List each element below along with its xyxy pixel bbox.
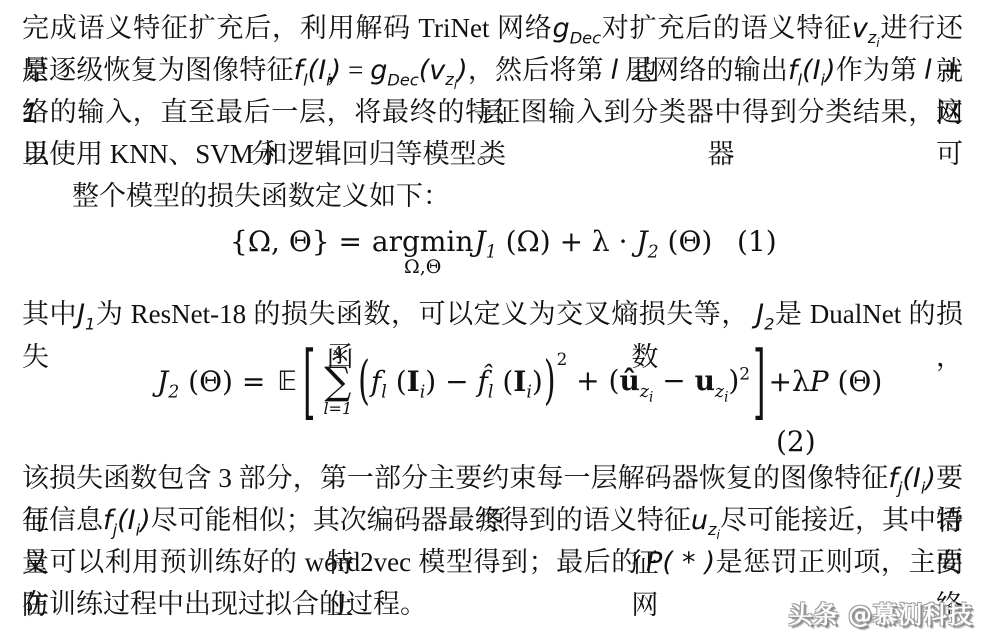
argmin-label: argmin (372, 227, 474, 257)
text-line: 量可以利用预训练好的 word2vec 模型得到；最后的 P( * )是惩罚正则… (22, 541, 963, 583)
summation-lower-limit: l=1 (323, 401, 352, 417)
expectation-symbol: 𝔼 (277, 366, 297, 397)
text-line: 完成语义特征扩充后，利用解码 TriNet 网络gDec对扩充后的语义特征vzi… (22, 7, 963, 49)
equation-2: J2 (Θ) = 𝔼 [ 4 ∑ l=1 ( fl (Ii) − f̂l (Ii… (22, 335, 963, 427)
paragraph-loss-intro: 整个模型的损失函数定义如下： (22, 175, 963, 217)
text-line: 络的输入，直至最后一层，将最终的特征图输入到分类器中得到分类结果，这里分类器可 (22, 91, 963, 133)
text-line: 整个模型的损失函数定义如下： (22, 175, 963, 217)
argmin-operator: argmin Ω,Θ (372, 227, 474, 277)
argmin-subscript: Ω,Θ (404, 257, 441, 277)
paragraph-trinet-decoding: 完成语义特征扩充后，利用解码 TriNet 网络gDec对扩充后的语义特征vzi… (22, 7, 963, 175)
left-bracket: [ (303, 333, 315, 430)
reconstruction-term: fl (Ii) − f̂l (Ii) (371, 365, 543, 398)
document-page: 完成语义特征扩充后，利用解码 TriNet 网络gDec对扩充后的语义特征vzi… (0, 0, 985, 636)
equation-1-content: {Ω, Θ} = argmin Ω,Θ J1 (Ω) + λ · J2 (Θ) (230, 225, 712, 277)
equation-1: {Ω, Θ} = argmin Ω,Θ J1 (Ω) + λ · J2 (Θ) … (22, 217, 963, 293)
left-paren: ( (358, 350, 370, 411)
equation-2-lhs: J2 (Θ) = (157, 365, 274, 398)
sigma-symbol: ∑ (324, 361, 351, 401)
text-line: 征信息fj(Ii)尽可能相似；其次编码器最终得到的语义特征uzi尽可能接近，其中… (22, 499, 963, 541)
text-line: 该损失函数包含 3 部分，第一部分主要约束每一层解码器恢复的图像特征fj(Ii)… (22, 457, 963, 499)
paragraph-loss-terms: 其中J1为 ResNet-18 的损失函数，可以定义为交叉熵损失等， J2是 D… (22, 293, 963, 335)
text-line: 是逐级恢复为图像特征fl(Ii) = gDec(vzi)，然后将第 l 层网络的… (22, 49, 963, 91)
watermark-toutiao: 头条 @慕测科技 (789, 595, 973, 630)
equation-1-lhs: {Ω, Θ} = (230, 225, 371, 258)
regularization-term: +λP (Θ) (769, 365, 883, 398)
summation-operator: 4 ∑ l=1 (323, 345, 352, 417)
equation-2-number: (2) (22, 427, 963, 457)
equation-1-number: (1) (737, 225, 777, 258)
right-bracket: ] (753, 333, 765, 430)
right-paren: ) (544, 350, 556, 411)
semantic-term: + (ûzi − uzi)2 (567, 364, 750, 397)
text-line: 其中J1为 ResNet-18 的损失函数，可以定义为交叉熵损失等， J2是 D… (22, 293, 963, 335)
equation-2-content: J2 (Θ) = 𝔼 [ 4 ∑ l=1 ( fl (Ii) − f̂l (Ii… (157, 335, 882, 427)
equation-1-rhs: J1 (Ω) + λ · J2 (Θ) (474, 225, 712, 258)
